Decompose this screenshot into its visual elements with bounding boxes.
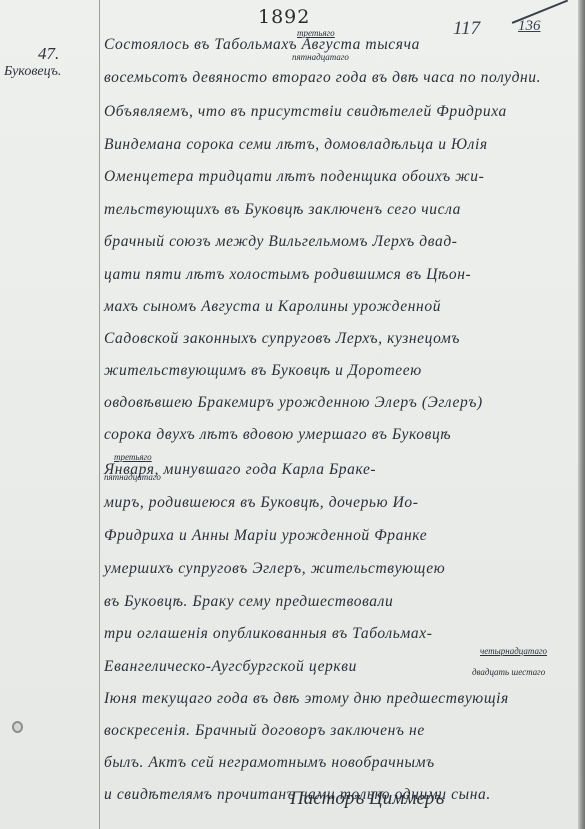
handwritten-line: махъ сыномъ Августа и Каролины урожденно… [104,298,441,316]
punch-hole [12,721,23,733]
interlinear-date-note: третьяго [297,28,335,38]
handwritten-line: миръ, родившеюся въ Буковцѣ, дочерью Ио- [104,494,419,512]
entry-number: 47. [38,44,59,64]
handwritten-line: Оменцетера тридцати лѣтъ поденщика обоих… [104,168,484,186]
handwritten-line: восемьсотъ девяносто втораго года въ двѣ… [104,69,541,87]
entry-place: Буковецъ. [4,64,61,80]
register-page: 1892 117 136 47. Буковецъ. Состоялось въ… [0,0,578,829]
old-folio-number-struck: 136 [518,18,541,35]
handwritten-line: воскресенія. Брачный договоръ заключенъ … [104,722,425,740]
handwritten-line: въ Буковцѣ. Браку сему предшествовали [104,593,393,611]
handwritten-line: Состоялось въ Табольмахъ Августа тысяча [104,36,420,54]
handwritten-line: тельствующихъ въ Буковцѣ заключенъ сего … [104,201,461,219]
handwritten-line: умершихъ супруговъ Эглеръ, жительствующе… [104,560,445,578]
handwritten-line: Объявляемъ, что въ присутствіи свидѣтеле… [104,103,507,121]
handwritten-line: три оглашенія опубликованныя въ Табольма… [104,625,432,643]
pastor-signature: Пасторъ Циммеръ [290,788,444,810]
margin-rule [99,0,100,829]
interlinear-date-note: пятнадцатаго [292,52,349,62]
handwritten-line: овдовѣвшею Бракемиръ урожденною Элеръ (Э… [104,394,483,412]
handwritten-line: Фридриха и Анны Маріи урожденной Франке [104,527,427,545]
handwritten-line: жительствующимъ въ Буковцѣ и Доротеею [104,362,422,380]
page-edge-shadow [578,0,585,829]
interlinear-date-note: двадцать шестаго [472,667,545,677]
folio-number: 117 [453,18,480,40]
handwritten-line: Садовской законныхъ супруговъ Лерхъ, куз… [104,330,460,348]
handwritten-line: Виндемана сорока семи лѣтъ, домовладѣльц… [104,136,488,154]
handwritten-line: былъ. Актъ сей неграмотнымъ новобрачнымъ [104,754,435,772]
handwritten-line: брачный союзъ между Вильгельмомъ Лерхъ д… [104,233,458,251]
interlinear-date-note: пятнадцатаго [104,472,161,482]
handwritten-line: сорока двухъ лѣтъ вдовою умершаго въ Бук… [104,426,451,444]
handwritten-line: Евангелическо-Аугсбургской церкви [104,658,357,676]
handwritten-line: цати пяти лѣтъ холостымъ родившимся въ Ц… [104,266,471,284]
interlinear-date-note: третьяго [114,452,152,462]
interlinear-date-note: четырнадцатаго [480,646,547,656]
page-year-header: 1892 [258,6,310,28]
handwritten-line: Іюня текущаго года въ двѣ этому дню пред… [104,690,509,708]
